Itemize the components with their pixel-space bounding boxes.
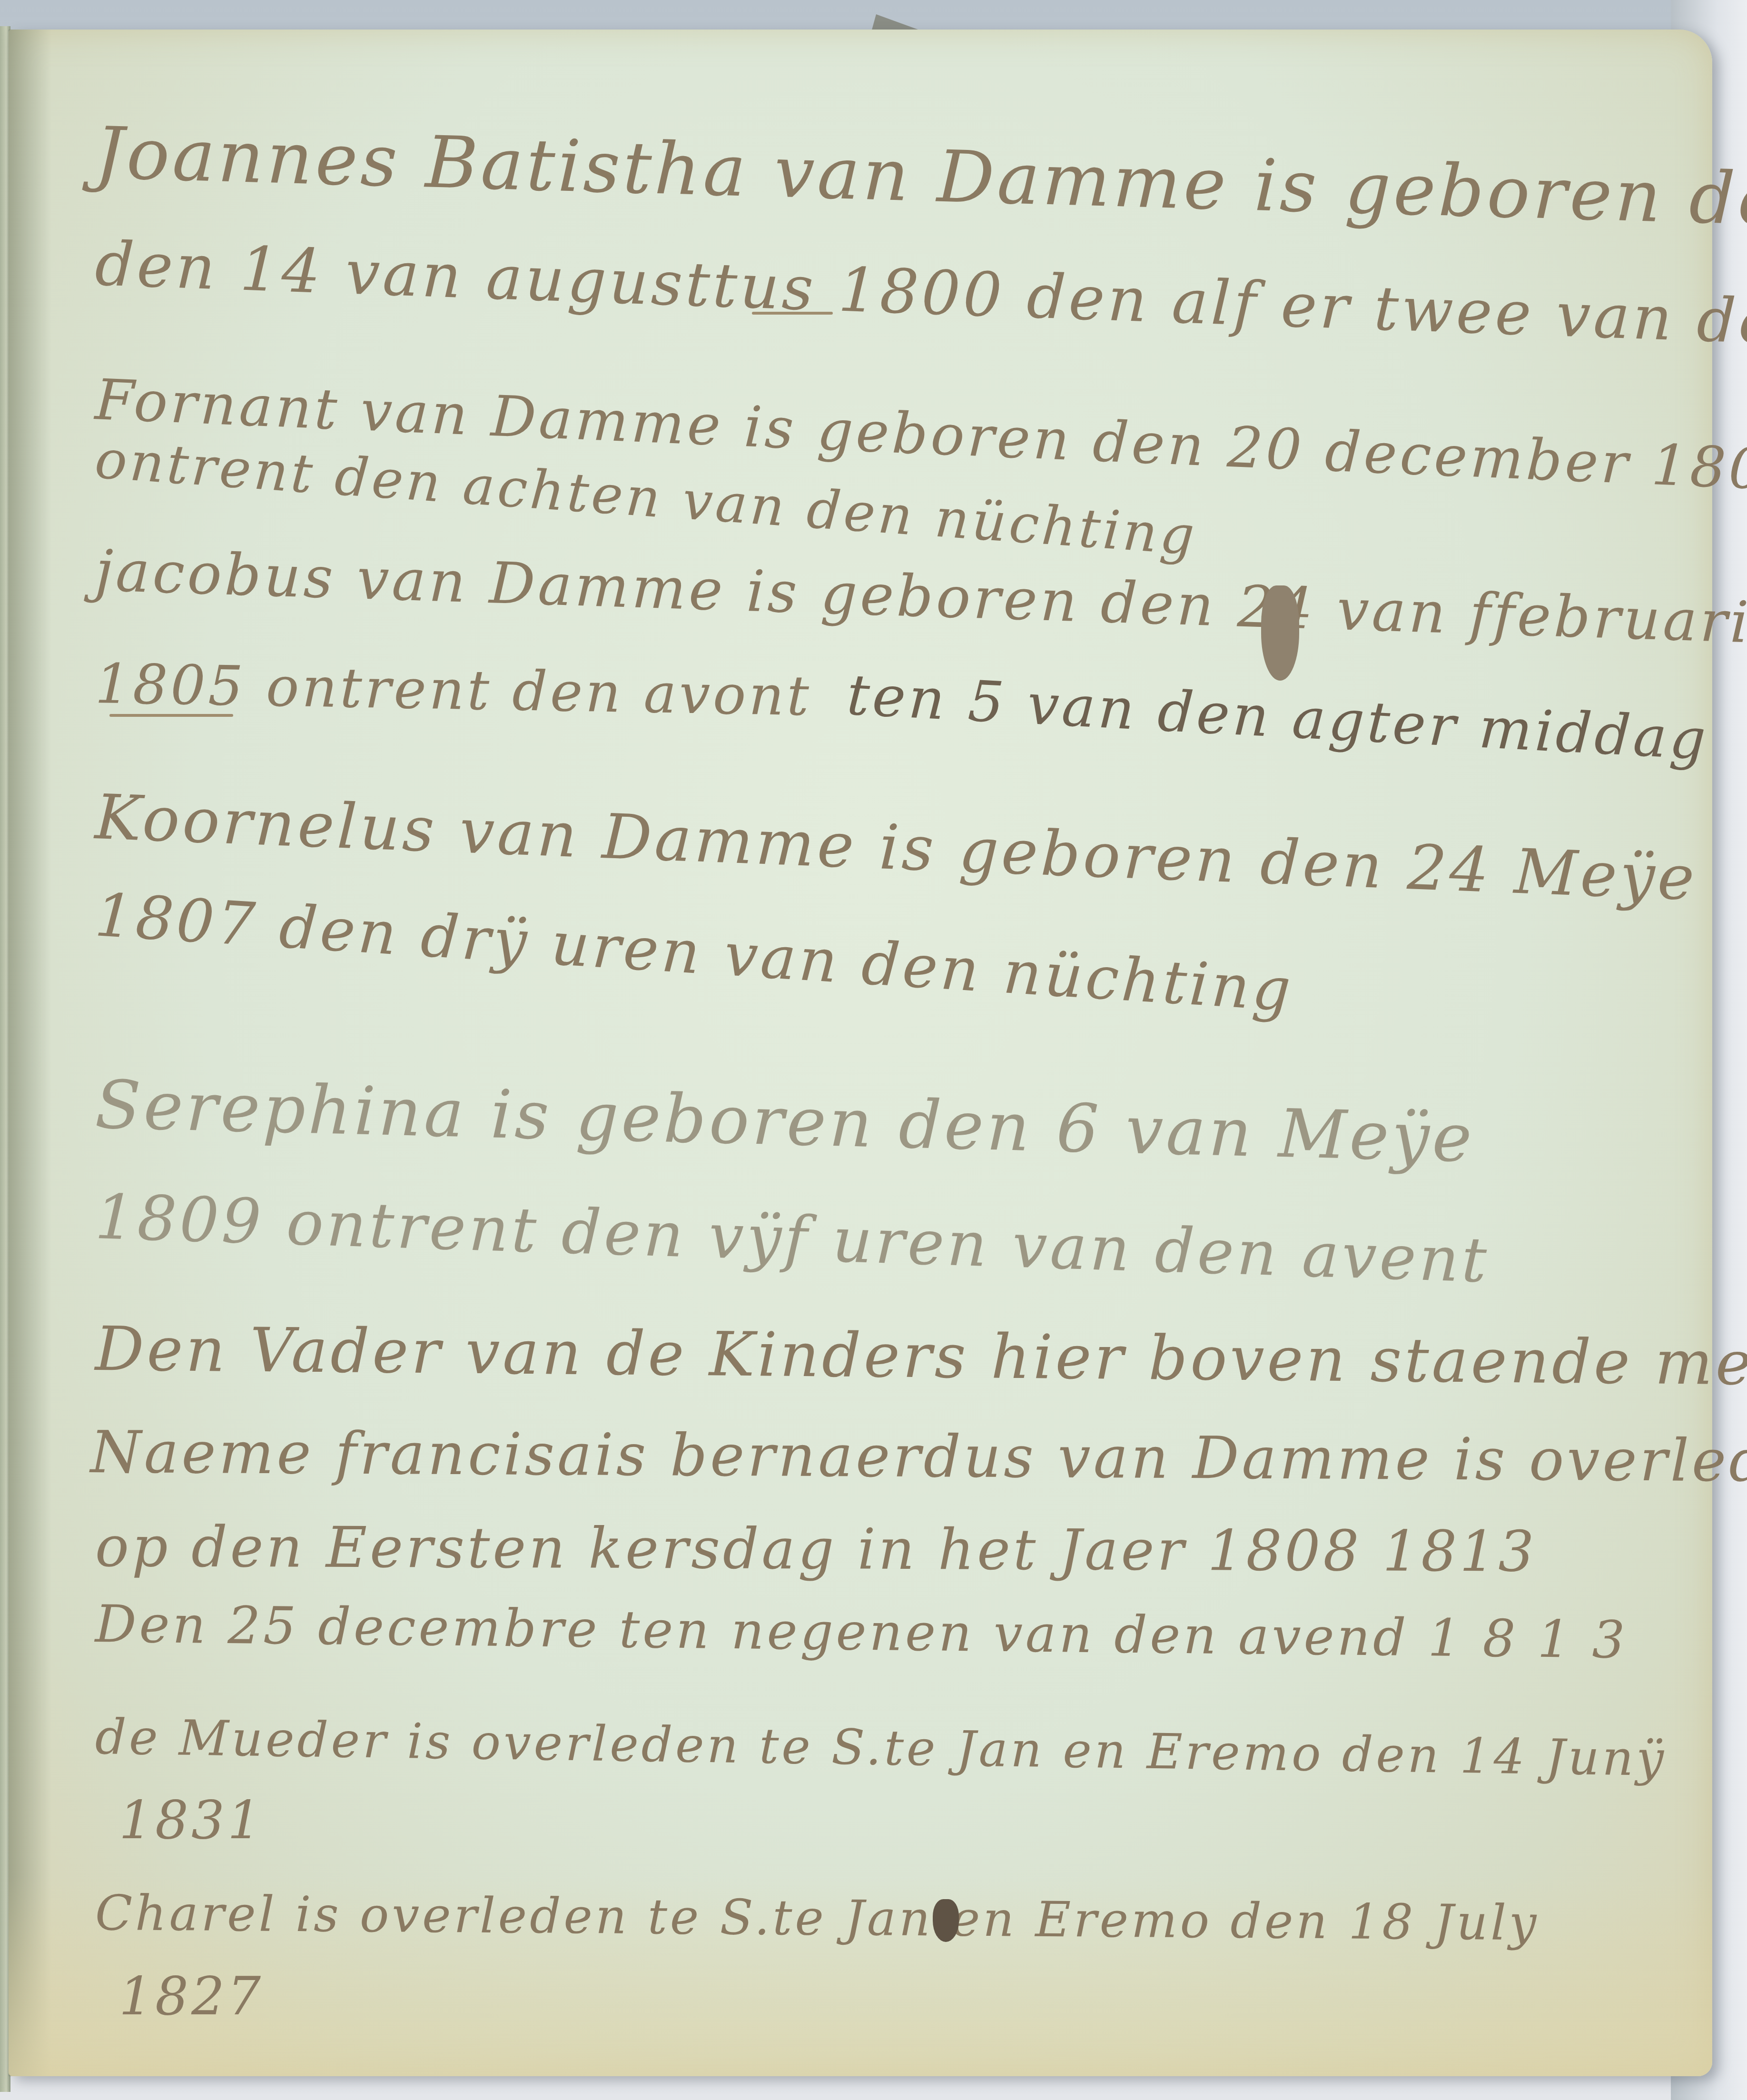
ink-blot bbox=[933, 1899, 959, 1942]
entry-6-line-3: op den Eersten kersdag in het Jaer 1808 … bbox=[95, 1514, 1537, 1585]
entry-7-line-2: 1831 bbox=[119, 1790, 264, 1851]
entry-8-line-1: Charel is overleden te S.te Jan en Eremo… bbox=[95, 1885, 1540, 1951]
entry-3-line-2: 1805 ontrent den avont bbox=[95, 652, 812, 728]
year-underline bbox=[109, 714, 233, 717]
year-underline bbox=[752, 312, 833, 315]
entry-8-line-2: 1827 bbox=[119, 1966, 264, 2027]
ink-blot bbox=[1261, 585, 1299, 681]
entry-6-line-1: Den Vader van de Kinders hier boven stae… bbox=[95, 1314, 1747, 1399]
entry-6-line-2: Naeme francisais bernaerdus van Damme is… bbox=[90, 1418, 1747, 1495]
